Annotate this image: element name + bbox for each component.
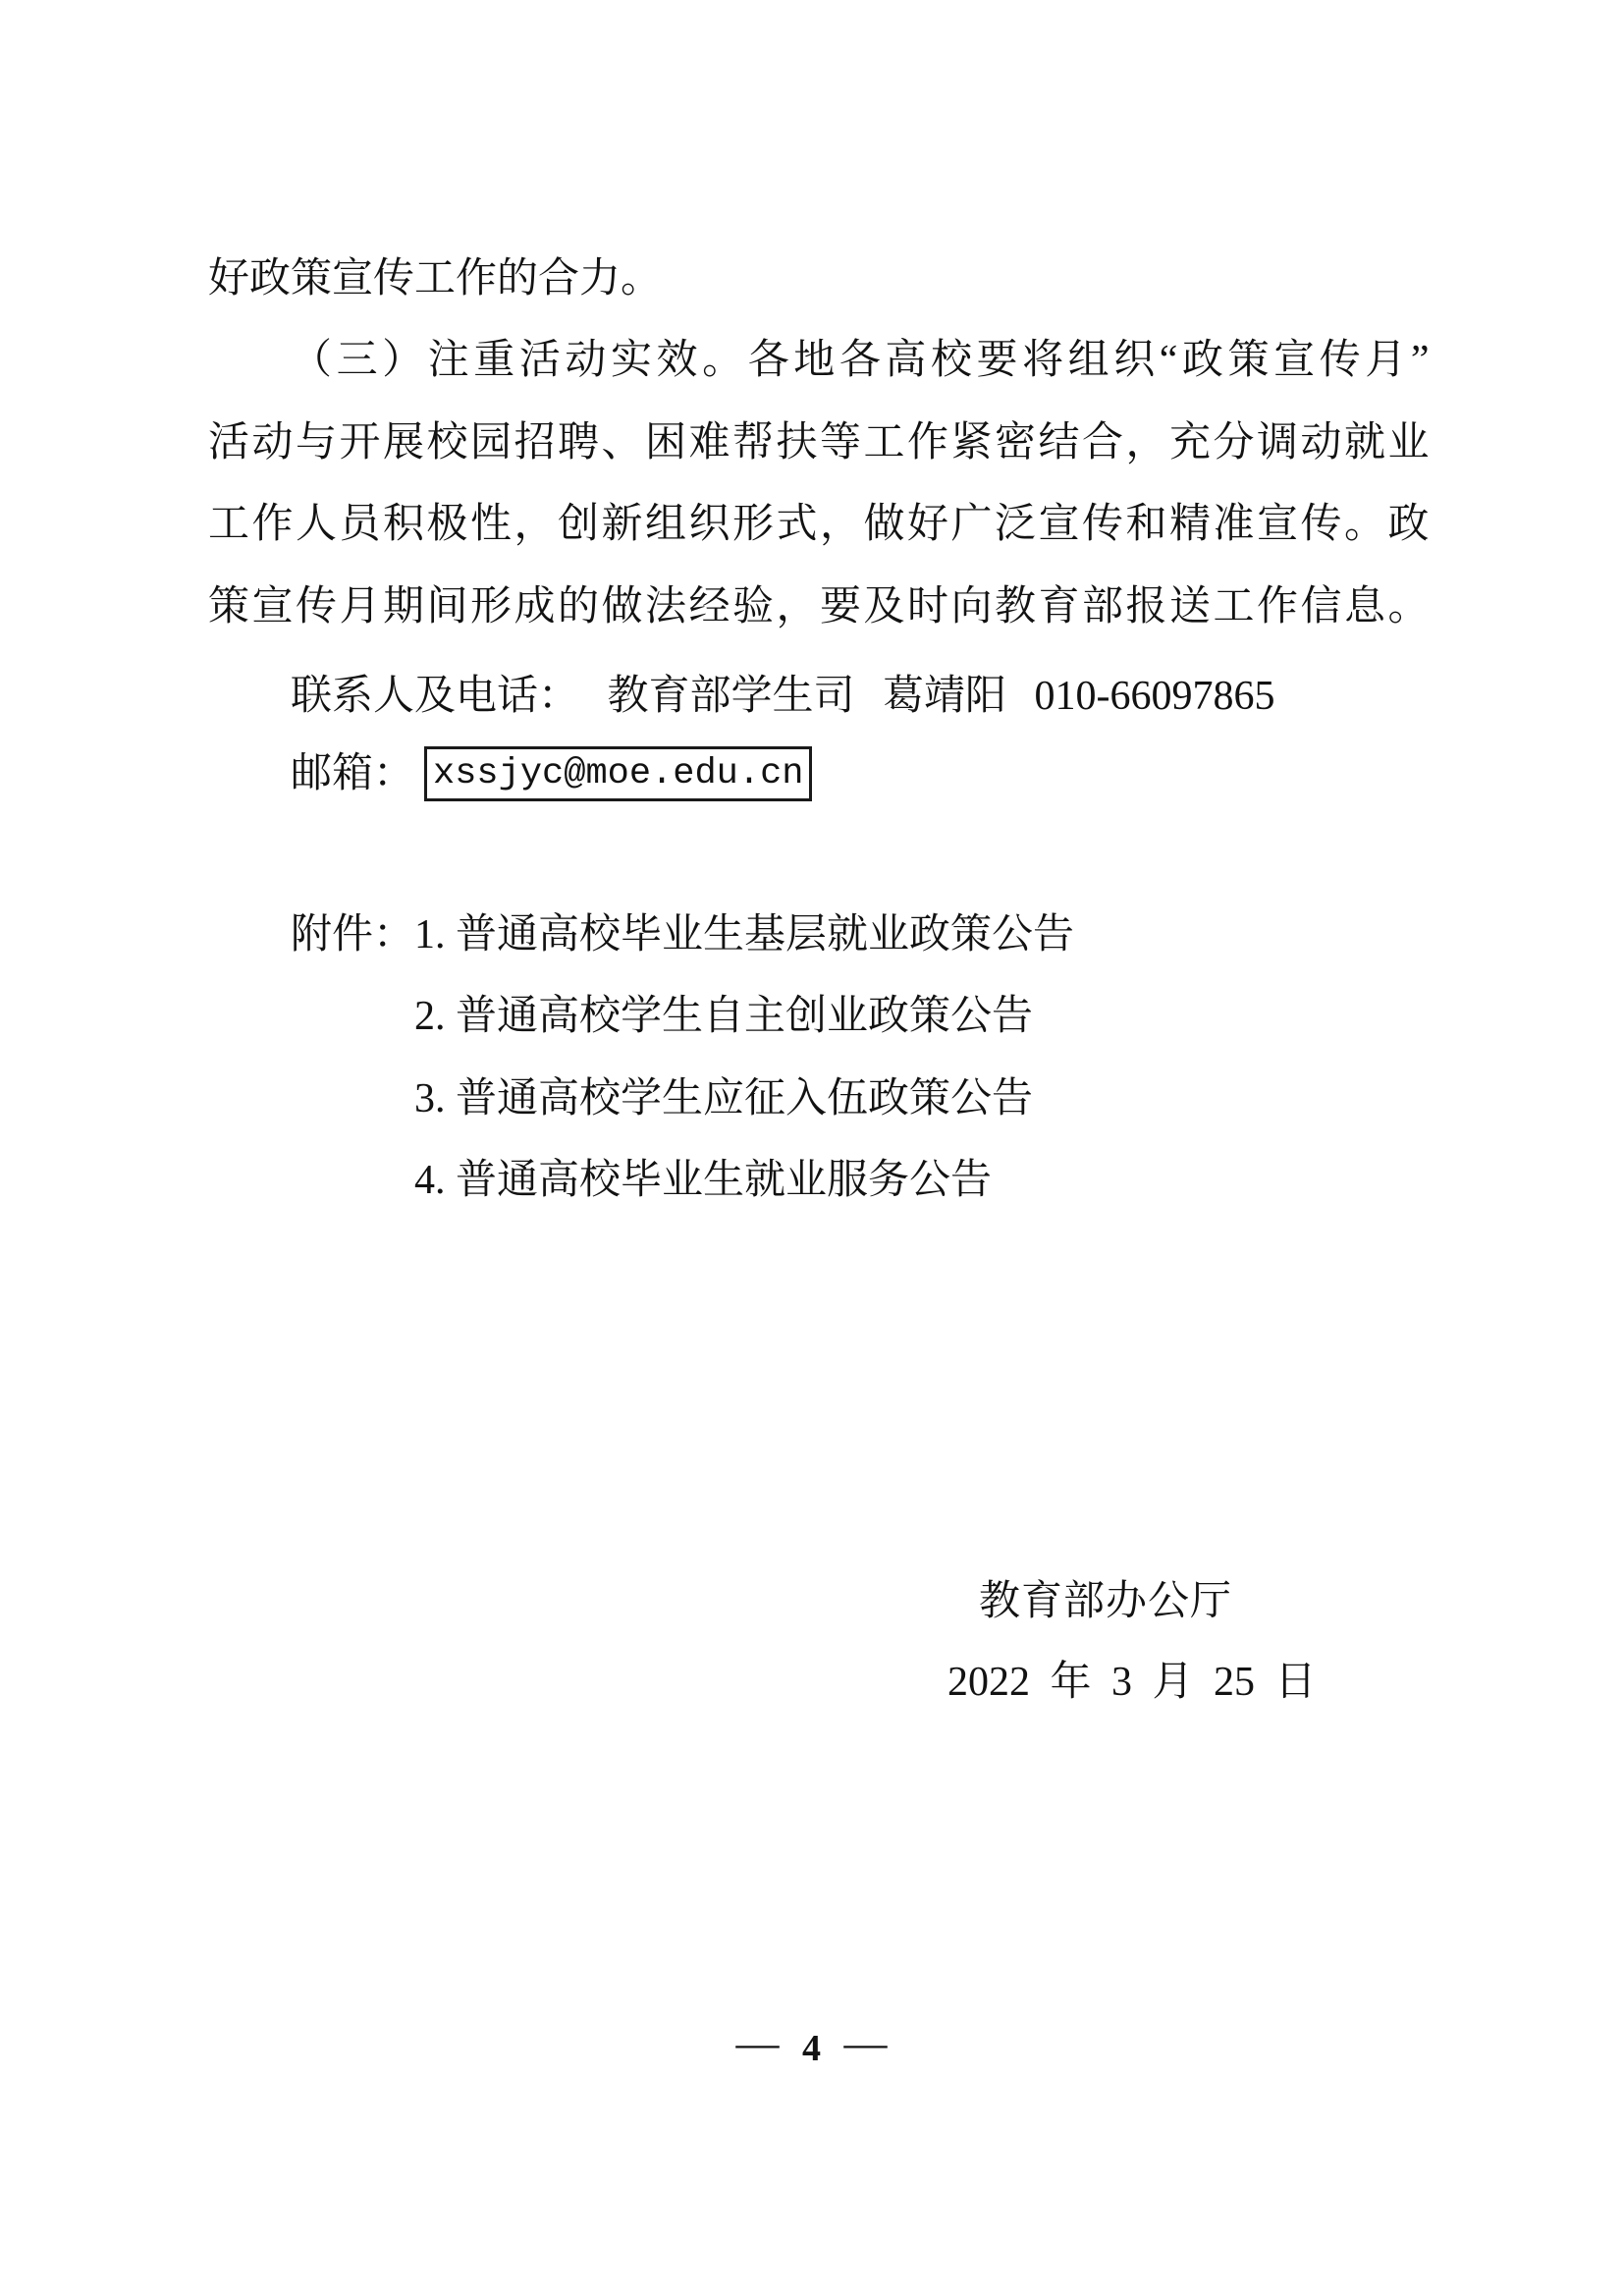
footer-left-dash: — <box>736 2019 780 2067</box>
signature-organization: 教育部办公厅 <box>979 1577 1232 1626</box>
page-number: 4 <box>802 2028 821 2069</box>
body-line-4: 工作人员积极性，创新组织形式，做好广泛宣传和精准宣传。政 <box>208 500 1432 549</box>
body-line-1: 好政策宣传工作的合力。 <box>208 254 1432 303</box>
contact-email-line: 邮箱： xssjyc@moe.edu.cn <box>208 742 1432 805</box>
footer-right-dash: — <box>844 2019 888 2067</box>
section-heading: （三）注重活动实效。 <box>291 338 748 383</box>
page-number-footer: — 4 — <box>0 2021 1623 2071</box>
attachments-line-1: 附件：1. 普通高校毕业生基层就业政策公告 <box>208 910 1432 959</box>
signature-date: 2022 年 3 月 25 日 <box>947 1658 1317 1707</box>
attachment-item-1: 1. 普通高校毕业生基层就业政策公告 <box>414 912 1074 957</box>
body-line-2-rest: 各地各高校要将组织“政策宣传月” <box>748 338 1432 383</box>
attachment-item-3: 3. 普通高校学生应征入伍政策公告 <box>414 1074 1298 1123</box>
attachment-item-2: 2. 普通高校学生自主创业政策公告 <box>414 992 1298 1041</box>
attachment-item-4: 4. 普通高校毕业生就业服务公告 <box>414 1156 1298 1205</box>
body-line-5: 策宣传月期间形成的做法经验，要及时向教育部报送工作信息。 <box>208 582 1432 631</box>
body-line-2: （三）注重活动实效。各地各高校要将组织“政策宣传月” <box>208 336 1432 385</box>
attachments-label: 附件： <box>291 912 414 957</box>
email-link-box[interactable]: xssjyc@moe.edu.cn <box>424 746 812 801</box>
email-label: 邮箱： <box>291 749 414 798</box>
document-page: 好政策宣传工作的合力。 （三）注重活动实效。各地各高校要将组织“政策宣传月” 活… <box>0 0 1623 2296</box>
body-line-3: 活动与开展校园招聘、困难帮扶等工作紧密结合，充分调动就业 <box>208 418 1432 467</box>
contact-phone-line: 联系人及电话： 教育部学生司 葛靖阳 010-66097865 <box>208 672 1432 721</box>
